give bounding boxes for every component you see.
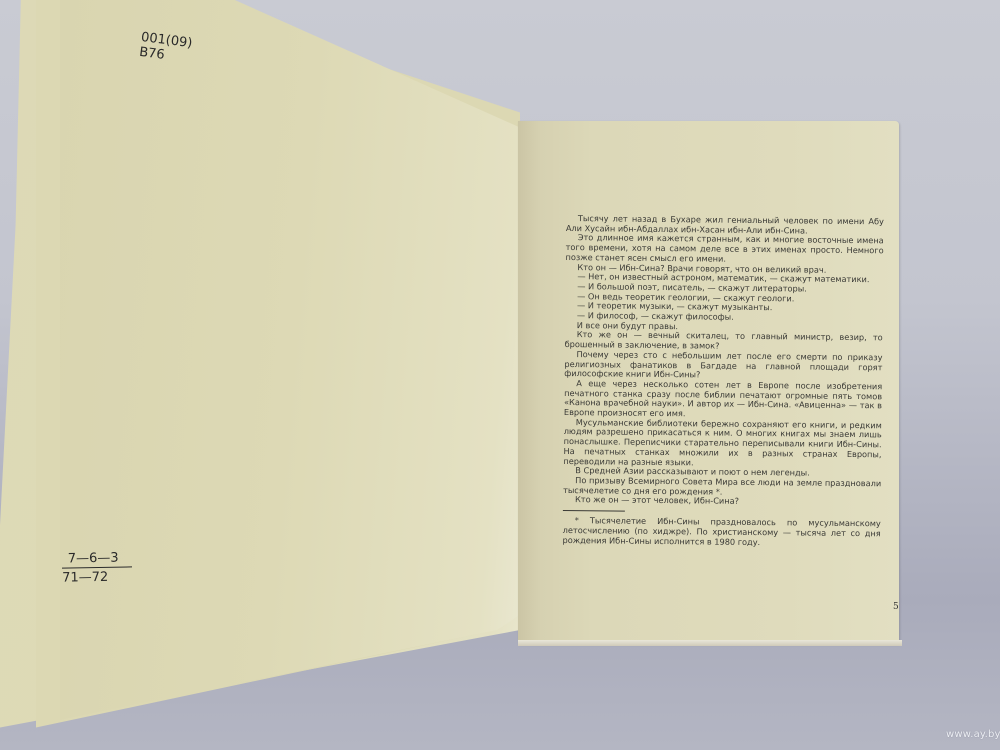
watermark: www.ay.by — [946, 729, 1000, 740]
footnote-rule — [563, 510, 625, 512]
page-number: 5 — [893, 602, 899, 612]
footnote-text: * Тысячелетие Ибн-Сины праздновалось по … — [563, 516, 881, 548]
fraction-bar — [62, 566, 132, 568]
paragraph: Почему через сто с небольшим лет после е… — [564, 350, 882, 382]
paragraph: А еще через несколько сотен лет в Европе… — [564, 379, 882, 421]
paragraph: Это длинное имя кажется странным, как и … — [565, 233, 883, 265]
body-text: Тысячу лет назад в Бухаре жил гениальный… — [563, 214, 884, 549]
page-block-edge — [518, 640, 902, 646]
catalog-code: 001(09) В76 — [138, 30, 193, 66]
paragraph: Мусульманские библиотеки бережно сохраня… — [563, 418, 881, 470]
print-index-fraction: 7—6—3 71—72 — [62, 550, 133, 585]
fraction-numerator: 7—6—3 — [62, 550, 132, 566]
footnote: * Тысячелетие Ибн-Сины праздновалось по … — [563, 516, 881, 548]
left-page-surface — [60, 0, 520, 750]
paragraph: Кто же он — этот человек, Ибн-Сина? — [563, 495, 881, 508]
fraction-denominator: 71—72 — [62, 569, 132, 585]
